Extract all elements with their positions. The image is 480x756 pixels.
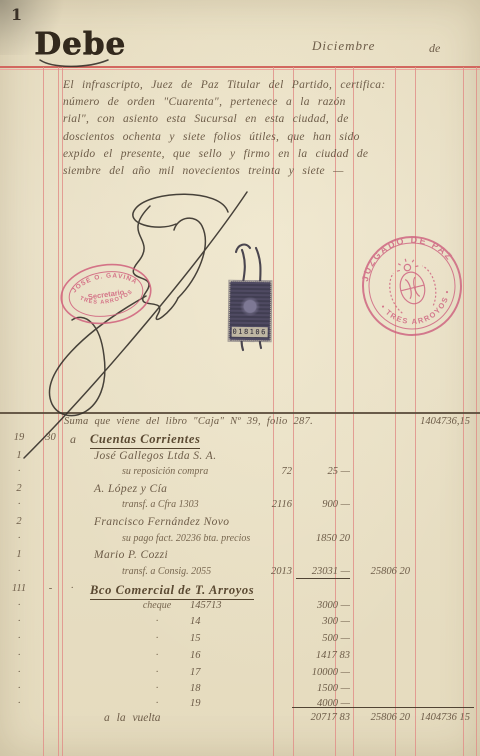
day-cell: 1 <box>6 549 32 560</box>
account-title: Bco Comercial de T. Arroyos <box>90 583 254 600</box>
party-name: José Gallegos Ltda S. A. <box>94 450 216 462</box>
amount-col1: 23031 — <box>296 566 350 579</box>
ledger-row: · · 14 300 — <box>0 616 480 631</box>
ledger-row: · · 17 10000 — <box>0 667 480 682</box>
certificate-line: siembre del año mil novecientos treinta … <box>63 163 467 180</box>
day-cell: · <box>6 600 32 611</box>
opening-balance-row: Suma que viene del libro "Caja" Nº 39, f… <box>0 416 480 431</box>
amount-col1: 1417 83 <box>296 650 350 661</box>
amount-col1: 500 — <box>296 633 350 644</box>
ledger-row: · · 15 500 — <box>0 633 480 648</box>
opening-balance-text: Suma que viene del libro "Caja" Nº 39, f… <box>64 416 313 427</box>
ledger-row: · transf. a Consig. 2055 2013 23031 — 25… <box>0 566 480 581</box>
closing-totals-row: a la vuelta 20717 83 25806 20 1404736 15 <box>0 712 480 727</box>
num-cell: 30 <box>41 432 60 443</box>
svg-text:• TRES ARROYOS •: • TRES ARROYOS • <box>378 287 458 334</box>
entry-detail: transf. a Cfra 1303 <box>122 499 199 510</box>
page-title-debe: Debe <box>34 26 126 62</box>
day-cell: 2 <box>6 516 32 527</box>
ledger-row: · · 19 4000 — <box>0 698 480 713</box>
amount-col2: 25806 20 <box>356 566 410 577</box>
date-month: Diciembre <box>312 38 375 54</box>
date-de-label: de <box>429 41 440 56</box>
cheque-number: 18 <box>190 683 201 694</box>
ditto-mark: · <box>134 698 180 709</box>
ledger-row: · · 16 1417 83 <box>0 650 480 665</box>
ditto-mark: · <box>134 667 180 678</box>
amount-col1: 10000 — <box>296 667 350 678</box>
amount-col1: 900 — <box>296 499 350 510</box>
day-cell: · <box>6 698 32 709</box>
entry-detail: su reposición compra <box>122 466 208 477</box>
ledger-row: 2 A. López y Cía <box>0 483 480 498</box>
ditto-mark: · <box>134 650 180 661</box>
entry-detail: transf. a Consig. 2055 <box>122 566 211 577</box>
ledger-page: 1 Debe Diciembre de El infrascripto, Jue… <box>0 0 480 756</box>
day-cell: · <box>6 633 32 644</box>
court-round-stamp: JUZGADO DE PAZ • TRES ARROYOS • <box>352 226 472 346</box>
cheque-number: 19 <box>190 698 201 709</box>
day-cell: 2 <box>6 483 32 494</box>
amount-col1: 3000 — <box>296 600 350 611</box>
ditto-mark: · <box>134 633 180 644</box>
day-cell: · <box>6 667 32 678</box>
day-cell: · <box>6 499 32 510</box>
entry-detail: su pago fact. 20236 bta. precios <box>122 533 250 544</box>
ledger-row: · su pago fact. 20236 bta. precios 1850 … <box>0 533 480 548</box>
amount-col1: 300 — <box>296 616 350 627</box>
party-name: A. López y Cía <box>94 483 167 495</box>
top-rule-red-light <box>0 69 480 70</box>
court-stamp-bottom-text: • TRES ARROYOS • <box>378 287 458 334</box>
ditto-mark: · <box>134 683 180 694</box>
num-cell: - <box>41 583 60 594</box>
ledger-row: 2 Francisco Fernández Novo <box>0 516 480 531</box>
cheque-number: 14 <box>190 616 201 627</box>
certificate-line: expido el presente, que sello y firmo en… <box>63 146 467 163</box>
day-cell: · <box>6 650 32 661</box>
certificate-line: número de orden "Cuarenta", pertenece a … <box>63 94 467 111</box>
amount-col1: 4000 — <box>296 698 350 709</box>
cheque-number: 16 <box>190 650 201 661</box>
carry-forward-label: a la vuelta <box>104 712 161 724</box>
cheque-number: 17 <box>190 667 201 678</box>
day-cell: 1 <box>6 450 32 461</box>
total-col3: 1404736 15 <box>414 712 470 723</box>
day-cell: · <box>6 466 32 477</box>
amount-col1: 1850 20 <box>296 533 350 544</box>
section-divider-line <box>0 412 480 414</box>
fiscal-revenue-stamp: 018106 <box>229 281 272 342</box>
ref-cell: 2013 <box>268 566 292 577</box>
day-cell: · <box>6 533 32 544</box>
account-title: Cuentas Corrientes <box>90 432 200 449</box>
ledger-row: 111 - · Bco Comercial de T. Arroyos <box>0 583 480 598</box>
amount-col1: 25 — <box>296 466 350 477</box>
certificate-text: El infrascripto, Juez de Paz Titular del… <box>63 77 467 180</box>
opening-balance-amount: 1404736,15 <box>414 416 470 427</box>
day-cell: · <box>6 566 32 577</box>
secretary-oval-stamp: JOSÉ O. GAVIÑA Secretario TRES ARROYOS <box>54 258 158 330</box>
amount-col1: 1500 — <box>296 683 350 694</box>
top-rule-red <box>0 66 480 68</box>
certificate-line: doscientos ochenta y siete folios útiles… <box>63 129 467 146</box>
ditto-mark: · <box>134 616 180 627</box>
cheque-number: 15 <box>190 633 201 644</box>
ledger-row: 1 José Gallegos Ltda S. A. <box>0 450 480 465</box>
ref-cell: 2116 <box>268 499 292 510</box>
day-cell: · <box>6 683 32 694</box>
page-number: 1 <box>11 5 22 24</box>
fiscal-stamp-serial: 018106 <box>232 327 268 338</box>
day-cell: 111 <box>6 583 32 594</box>
entry-prefix: a <box>70 432 76 447</box>
total-col2: 25806 20 <box>356 712 410 723</box>
day-cell: 19 <box>6 432 32 443</box>
ledger-row: 19 30 a Cuentas Corrientes <box>0 432 480 447</box>
coat-of-arms <box>383 253 439 314</box>
party-name: Mario P. Cozzi <box>94 549 168 561</box>
ditto-mark: · <box>66 583 78 594</box>
ledger-row: · su reposición compra 72 25 — <box>0 466 480 481</box>
ref-cell: 72 <box>268 466 292 477</box>
party-name: Francisco Fernández Novo <box>94 516 229 528</box>
day-cell: · <box>6 616 32 627</box>
ledger-row: · cheque 145713 3000 — <box>0 600 480 615</box>
ledger-row: 1 Mario P. Cozzi <box>0 549 480 564</box>
ledger-row: · · 18 1500 — <box>0 683 480 698</box>
certificate-line: El infrascripto, Juez de Paz Titular del… <box>63 77 467 94</box>
cheque-label: cheque <box>134 600 180 611</box>
total-col1: 20717 83 <box>296 712 350 723</box>
cheque-number: 145713 <box>190 600 222 611</box>
certificate-line: rial", con asiento esta Sucursal en esta… <box>63 111 467 128</box>
ledger-row: · transf. a Cfra 1303 2116 900 — <box>0 499 480 514</box>
